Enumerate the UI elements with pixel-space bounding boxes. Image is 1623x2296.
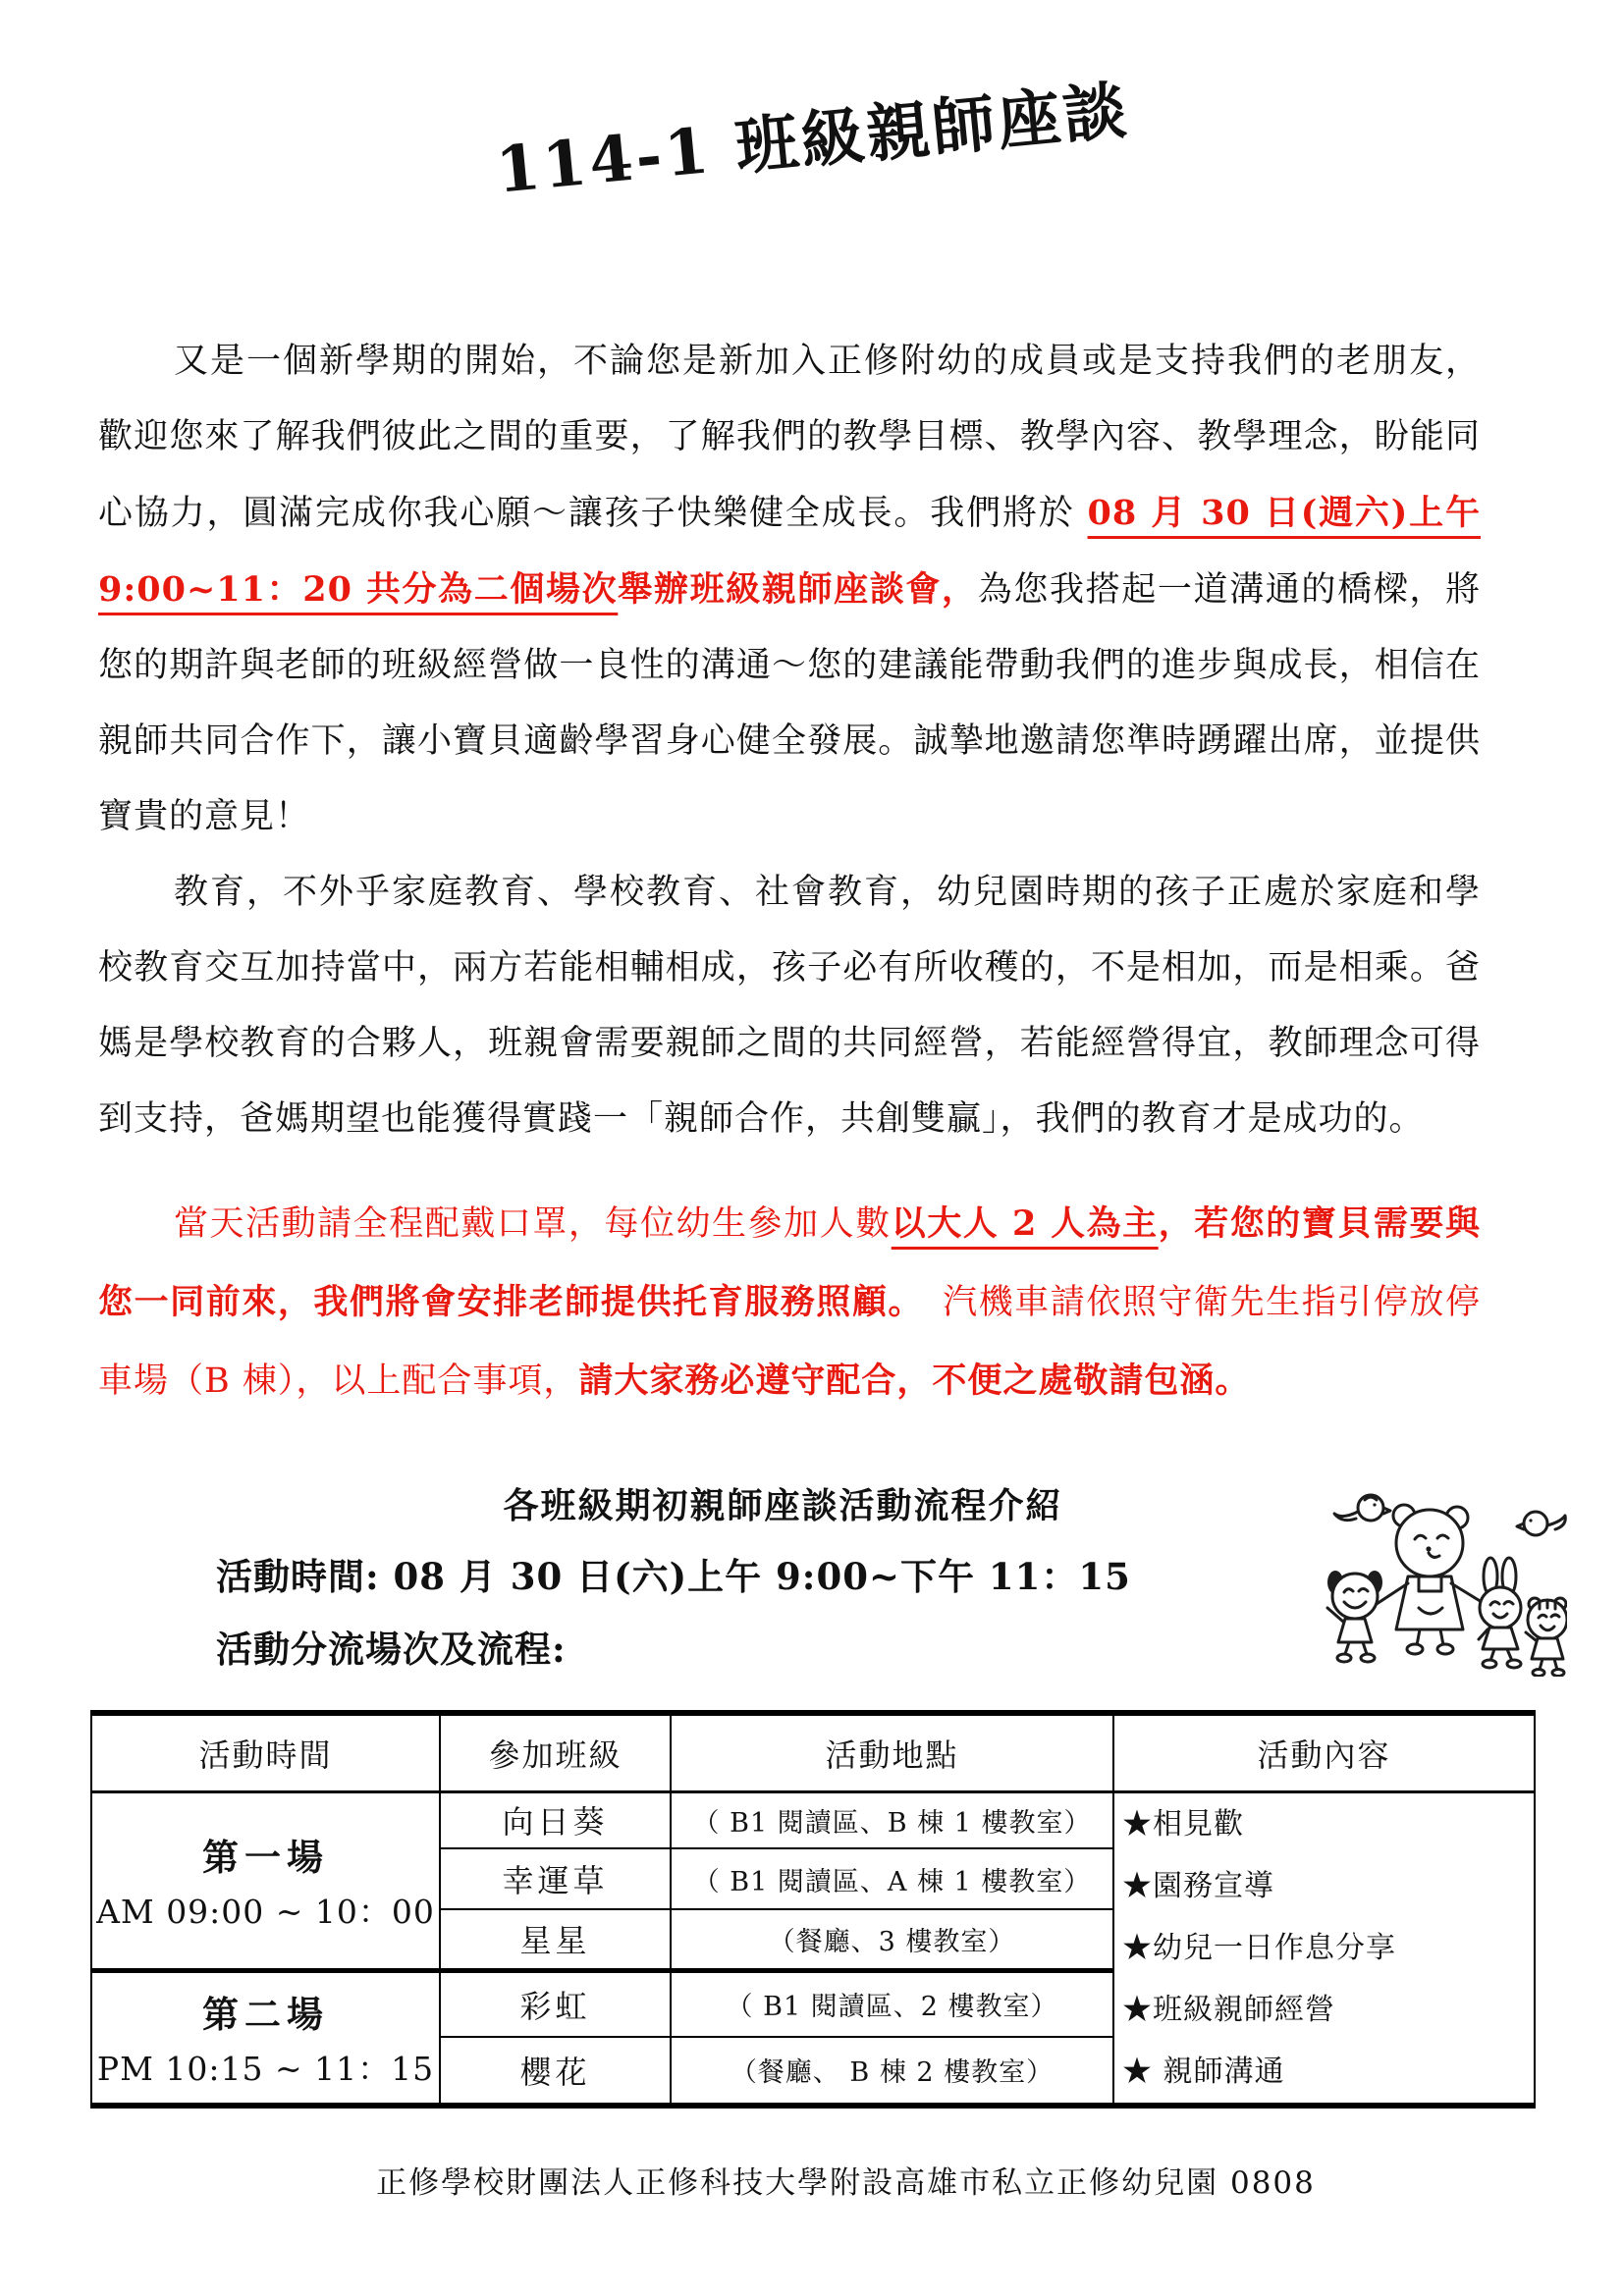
schedule-table-wrap: 活動時間 參加班級 活動地點 活動內容 第一場 AM 09:00 ~ 10：00… xyxy=(90,1710,1536,2109)
intro-tail: 為您我搭起一道溝通的橋樑，將您的期許與老師的班級經營做一良性的溝通～您的建議能帶… xyxy=(98,570,1481,836)
content-item: ★幼兒一日作息分享 xyxy=(1122,1917,1528,1979)
content-item: ★班級親師經營 xyxy=(1122,1979,1528,2041)
schedule-table: 活動時間 參加班級 活動地點 活動內容 第一場 AM 09:00 ~ 10：00… xyxy=(90,1710,1536,2109)
col-header-activity-time: 活動時間 xyxy=(91,1713,440,1791)
location-cell: （ B1 閱讀區、B 棟 1 樓教室） xyxy=(671,1791,1113,1848)
location-cell: （餐廳、3 樓教室） xyxy=(671,1909,1113,1970)
document-page: 114-1 班級親師座談 又是一個新學期的開始，不論您是新加入正修附幼的成員或是… xyxy=(0,0,1623,2296)
notice-comply: 請大家務必遵守配合，不便之處敬請包涵。 xyxy=(578,1361,1250,1401)
teacher-bear-icon xyxy=(1377,1505,1482,1654)
meeting-date-bold: 舉辦班級親師座談會， xyxy=(618,569,977,610)
session-1-time: AM 09:00 ~ 10：00 xyxy=(92,1887,439,1933)
bird-icon xyxy=(1334,1495,1390,1521)
education-paragraph: 教育，不外乎家庭教育、學校教育、社會教育，幼兒園時期的孩子正處於家庭和學校教育交… xyxy=(98,855,1481,1157)
col-header-location: 活動地點 xyxy=(671,1713,1113,1791)
session-2-cell: 第二場 PM 10:15 ~ 11：15 xyxy=(91,1970,440,2106)
teacher-and-children-clipart-icon xyxy=(1314,1482,1567,1677)
table-row: 第一場 AM 09:00 ~ 10：00 向日葵 （ B1 閱讀區、B 棟 1 … xyxy=(91,1791,1535,1848)
table-header-row: 活動時間 參加班級 活動地點 活動內容 xyxy=(91,1713,1535,1791)
class-cell: 向日葵 xyxy=(440,1791,671,1848)
schedule-time-line: 活動時間: 08 月 30 日(六)上午 9:00~下午 11：15 xyxy=(216,1547,1131,1600)
class-cell: 彩虹 xyxy=(440,1970,671,2037)
session-1-cell: 第一場 AM 09:00 ~ 10：00 xyxy=(91,1791,440,1970)
page-title: 114-1 班級親師座談 xyxy=(491,60,1132,211)
puppy-icon xyxy=(1327,1571,1382,1662)
col-header-content: 活動內容 xyxy=(1113,1713,1535,1791)
notice-adults-limit: 以大人 2 人為主 xyxy=(892,1203,1159,1244)
content-item: ★相見歡 xyxy=(1122,1793,1528,1855)
session-2-time: PM 10:15 ~ 11：15 xyxy=(92,2044,439,2090)
location-cell: （ B1 閱讀區、A 棟 1 樓教室） xyxy=(671,1848,1113,1909)
bunny-icon xyxy=(1479,1558,1521,1668)
content-item: ★園務宣導 xyxy=(1122,1855,1528,1917)
bird-icon xyxy=(1517,1512,1565,1535)
notice-paragraph: 當天活動請全程配戴口罩，每位幼生參加人數以大人 2 人為主，若您的寶貝需要與您一… xyxy=(98,1185,1481,1420)
location-cell: （ B1 閱讀區、2 樓教室） xyxy=(671,1970,1113,2037)
intro-paragraph: 又是一個新學期的開始，不論您是新加入正修附幼的成員或是支持我們的老朋友，歡迎您來… xyxy=(98,324,1481,855)
class-cell: 櫻花 xyxy=(440,2037,671,2106)
content-item: ★ 親師溝通 xyxy=(1122,2041,1528,2103)
session-2-name: 第二場 xyxy=(92,1985,439,2038)
session-1-name: 第一場 xyxy=(92,1828,439,1881)
class-cell: 星星 xyxy=(440,1909,671,1970)
body-text: 又是一個新學期的開始，不論您是新加入正修附幼的成員或是支持我們的老朋友，歡迎您來… xyxy=(98,324,1481,1420)
schedule-flow-line: 活動分流場次及流程: xyxy=(216,1620,567,1673)
col-header-class: 參加班級 xyxy=(440,1713,671,1791)
activity-content-cell: ★相見歡 ★園務宣導 ★幼兒一日作息分享 ★班級親師經營 ★ 親師溝通 xyxy=(1113,1791,1535,2106)
notice-mask-rule: 當天活動請全程配戴口罩，每位幼生參加人數 xyxy=(174,1204,892,1244)
footer-org-line: 正修學校財團法人正修科技大學附設高雄市私立正修幼兒園 0808 xyxy=(0,2158,1623,2202)
class-cell: 幸運草 xyxy=(440,1848,671,1909)
location-cell: （餐廳、 B 棟 2 樓教室） xyxy=(671,2037,1113,2106)
tiger-cub-icon xyxy=(1526,1598,1567,1677)
